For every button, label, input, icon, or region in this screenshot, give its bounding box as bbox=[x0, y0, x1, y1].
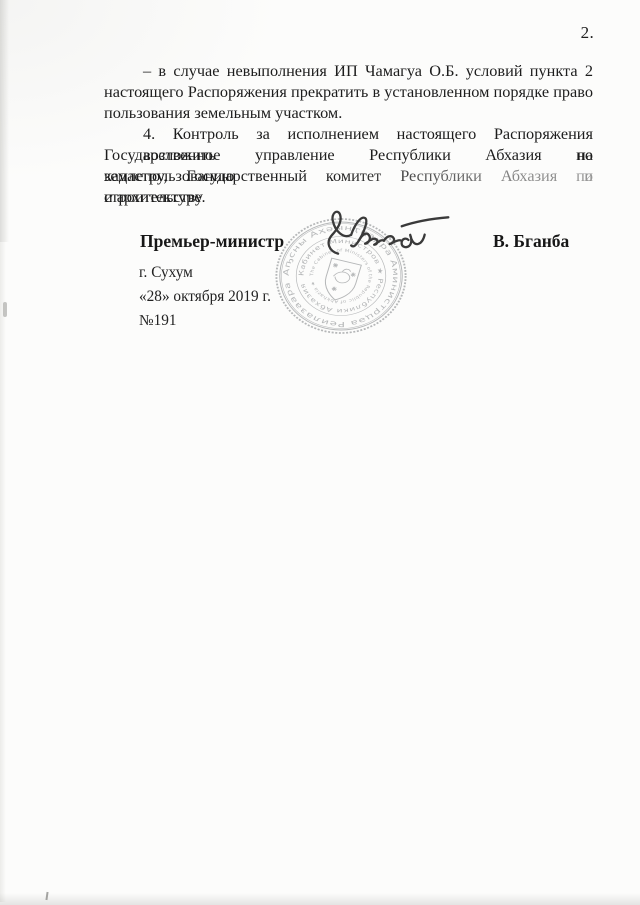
signer-title: Премьер-министр bbox=[140, 231, 284, 252]
date-line: «28» октября 2019 г. bbox=[139, 287, 271, 311]
paragraph-1-line-2: настоящего Распоряжения прекратить в уст… bbox=[104, 81, 593, 102]
scan-mark-left bbox=[3, 302, 7, 317]
scan-edge-artifact-left bbox=[0, 0, 9, 242]
page-number: 2. bbox=[581, 23, 594, 43]
signer-name: В. Бганба bbox=[493, 231, 569, 252]
scan-mark-bottom bbox=[45, 892, 48, 900]
document-body: – в случае невыполнения ИП Чамагуа О.Б. … bbox=[104, 60, 593, 207]
paragraph-2-line-3: кадастру, Государственный комитет Респуб… bbox=[104, 165, 593, 186]
scanned-document-page: 2. – в случае невыполнения ИП Чамагуа О.… bbox=[0, 0, 640, 905]
handwritten-signature bbox=[306, 202, 471, 264]
date-block: г. Сухум «28» октября 2019 г. №191 bbox=[139, 263, 271, 335]
paragraph-2-line-1: 4. Контроль за исполнением настоящего Ра… bbox=[104, 123, 593, 144]
paragraph-2-line-2: Государственное управление Республики Аб… bbox=[104, 144, 593, 165]
document-number: №191 bbox=[139, 311, 271, 335]
scan-edge-artifact-bottom bbox=[0, 893, 640, 905]
city-line: г. Сухум bbox=[139, 263, 271, 287]
paragraph-1-line-3: пользования земельным участком. bbox=[104, 102, 593, 123]
signature-scribble-icon bbox=[306, 202, 471, 264]
paragraph-1-line-1: – в случае невыполнения ИП Чамагуа О.Б. … bbox=[104, 60, 593, 81]
scan-edge-artifact-left-lower bbox=[0, 242, 6, 902]
